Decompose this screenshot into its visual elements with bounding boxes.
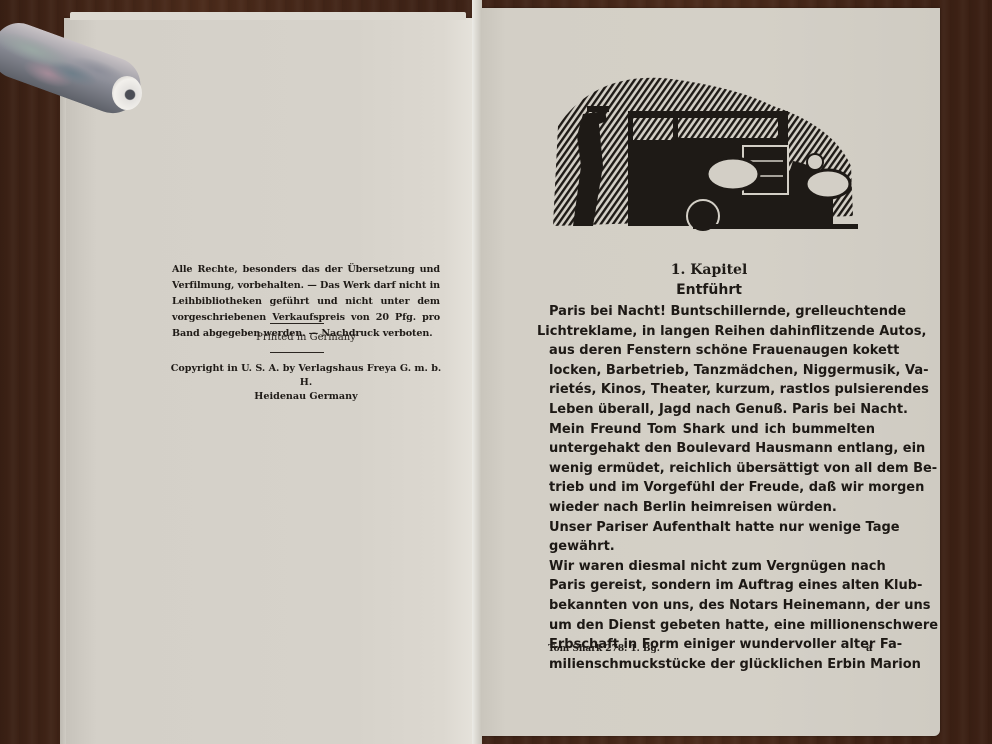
text-line: bekannten von uns, des Notars Heinemann,…: [537, 596, 875, 616]
text-line: locken, Barbetrieb, Tanzmädchen, Niggerm…: [537, 361, 875, 381]
paragraph: Mein Freund Tom Shark und ich bummelten …: [537, 420, 875, 518]
pen-end-cap: [112, 76, 142, 110]
chapter-number: 1. Kapitel: [478, 262, 940, 278]
text-line: Paris gereist, sondern im Auftrag eines …: [537, 576, 875, 596]
text-line: wenig ermüdet, reichlich übersättigt von…: [537, 459, 875, 479]
text-line: Wir waren diesmal nicht zum Vergnügen na…: [537, 557, 875, 577]
sheet-mark: a: [866, 643, 872, 654]
copyright-line-1: Copyright in U. S. A. by Verlagshaus Fre…: [166, 362, 446, 390]
text-line: Unser Pariser Aufenthalt hatte nur wenig…: [537, 518, 875, 538]
car-woodcut-illustration: [533, 66, 873, 236]
copyright-line-2: Heidenau Germany: [166, 390, 446, 404]
chapter-body-text: Paris bei Nacht! Buntschillernde, grelle…: [537, 302, 875, 674]
page-edge-left: [60, 48, 66, 744]
text-line: Leben überall, Jagd nach Genuß. Paris be…: [537, 400, 875, 420]
text-line: trieb und im Vorgefühl der Freude, daß w…: [537, 478, 875, 498]
printed-in-germany: Printed in Germany: [172, 332, 440, 343]
page-edge-top: [70, 12, 466, 20]
text-line: wieder nach Berlin heimreisen würden.: [537, 498, 875, 518]
text-line: Mein Freund Tom Shark und ich bummelten: [537, 420, 875, 440]
text-line: untergehakt den Boulevard Hausmann entla…: [537, 439, 875, 459]
text-line: gewährt.: [537, 537, 875, 557]
paragraph: Paris bei Nacht! Buntschillernde, grelle…: [537, 302, 875, 420]
text-line: Paris bei Nacht! Buntschillernde, grelle…: [537, 302, 875, 322]
chapter-title: Entführt: [478, 282, 940, 298]
paragraph: Unser Pariser Aufenthalt hatte nur wenig…: [537, 518, 875, 557]
text-line: aus deren Fenstern schöne Frauenaugen ko…: [537, 341, 875, 361]
rights-notice: Alle Rechte, besonders das der Übersetzu…: [172, 262, 440, 342]
text-line: Lichtreklame, in langen Reihen dahinflit…: [537, 322, 875, 342]
text-line: rietés, Kinos, Theater, kurzum, rastlos …: [537, 380, 875, 400]
text-line: um den Dienst gebeten hatte, eine millio…: [537, 616, 875, 636]
signature-mark: Tom Shark 278. 1. Bg.: [548, 644, 660, 654]
copyright-notice: Copyright in U. S. A. by Verlagshaus Fre…: [166, 362, 446, 404]
paragraph: Wir waren diesmal nicht zum Vergnügen na…: [537, 557, 875, 675]
book-gutter: [472, 0, 482, 744]
text-line: milienschmuckstücke der glücklichen Erbi…: [537, 655, 875, 675]
divider-rule: [270, 323, 324, 324]
divider-rule: [270, 352, 324, 353]
